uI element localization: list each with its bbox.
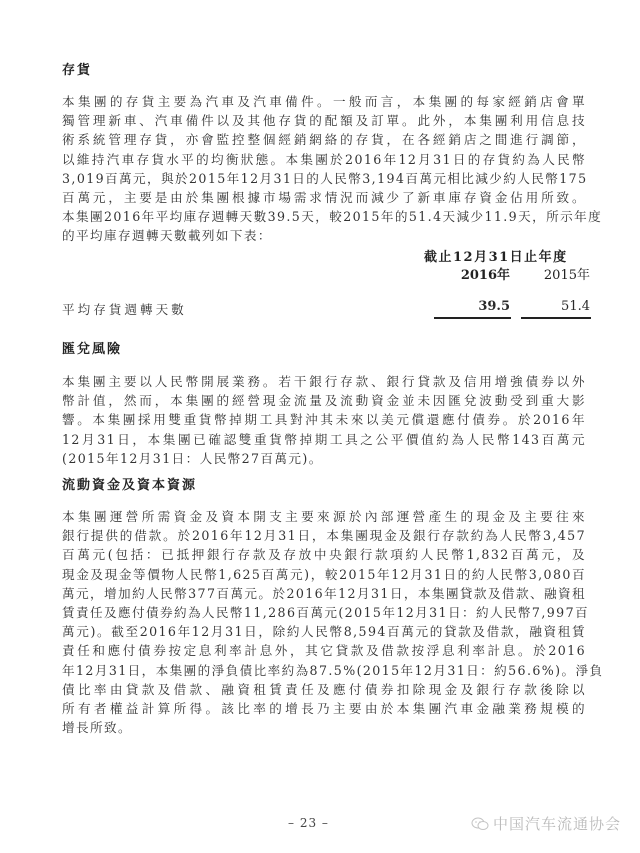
table-period-header: 截止12月31日止年度 bbox=[424, 246, 568, 265]
text-line: 銀行提供的借款。於2016年12月31日，本集團現金及銀行存款約為人民幣3,45… bbox=[62, 526, 586, 545]
paragraph-inventory: 本集團的存貨主要為汽車及汽車備件。一般而言，本集團的每家經銷店會單 獨管理新車、… bbox=[62, 92, 586, 246]
text-line: 年12月31日，本集團的淨負債比率約為87.5%(2015年12月31日：約56… bbox=[62, 661, 586, 680]
text-line: 賃責任及應付債券約為人民幣11,286百萬元(2015年12月31日：約人民幣7… bbox=[62, 603, 586, 622]
text-line: 百萬元，主要是由於集團根據市場需求情況而減少了新車庫存資金佔用所致。 bbox=[62, 188, 586, 207]
text-line: 所有者權益計算所得。該比率的增長乃主要由於本集團汽車金融業務規模的 bbox=[62, 699, 586, 718]
text-line: 債比率由貸款及借款、融資租賃責任及應付債券扣除現金及銀行存款後除以 bbox=[62, 680, 586, 699]
text-line: 現金及現金等價物人民幣1,625百萬元)，較2015年12月31日的約人民幣3,… bbox=[62, 565, 586, 584]
table-column-2016: 2016年 bbox=[440, 264, 510, 283]
text-line: 本集團的存貨主要為汽車及汽車備件。一般而言，本集團的每家經銷店會單 bbox=[62, 92, 586, 111]
text-line: 本集團主要以人民幣開展業務。若干銀行存款、銀行貸款及信用增強債券以外 bbox=[62, 372, 586, 391]
text-line: 12月31日，本集團已確認雙重貨幣掉期工具之公平價值約為人民幣143百萬元 bbox=[62, 430, 586, 449]
watermark-text: 中国汽车流通协会 bbox=[493, 813, 621, 834]
total-underline-2016 bbox=[434, 317, 511, 319]
text-line: 幣計值，然而，本集團的經營現金流量及流動資金並未因匯兌波動受到重大影 bbox=[62, 391, 586, 410]
text-line: 增長所致。 bbox=[62, 718, 586, 737]
table-value-2016: 39.5 bbox=[434, 299, 510, 314]
text-line: 責任和應付債券按定息利率計息外，其它貸款及借款按浮息利率計息。於2016 bbox=[62, 641, 586, 660]
text-line: 百萬元(包括：已抵押銀行存款及存放中央銀行款項約人民幣1,832百萬元，及 bbox=[62, 545, 586, 564]
text-line: 本集團運營所需資金及資本開支主要來源於內部運營產生的現金及主要往來 bbox=[62, 507, 586, 526]
table-row-label: 平均存貨週轉天數 bbox=[62, 299, 187, 318]
watermark: 中国汽车流通协会 bbox=[471, 813, 621, 834]
text-line: 響。本集團採用雙重貨幣掉期工具對沖其未來以美元償還應付債券。於2016年 bbox=[62, 410, 586, 429]
paragraph-liquidity: 本集團運營所需資金及資本開支主要來源於內部運營產生的現金及主要往來 銀行提供的借… bbox=[62, 507, 586, 737]
text-line: 獨管理新車、汽車備件以及其他存貨的配額及訂單。此外，本集團利用信息技 bbox=[62, 111, 586, 130]
text-line: 萬元)。截至2016年12月31日，除約人民幣8,594百萬元的貸款及借款，融資… bbox=[62, 622, 586, 641]
text-line: 萬元，增加約人民幣377百萬元。於2016年12月31日，本集團貸款及借款、融資… bbox=[62, 584, 586, 603]
page-number: – 23 – bbox=[288, 816, 329, 830]
table-column-2015: 2015年 bbox=[528, 264, 590, 283]
section-heading-inventory: 存貨 bbox=[62, 59, 92, 78]
section-heading-liquidity: 流動資金及資本資源 bbox=[62, 474, 197, 493]
section-heading-fx-risk: 匯兌風險 bbox=[62, 338, 122, 357]
text-line: 本集團2016年平均庫存週轉天數39.5天，較2015年的51.4天減少11.9… bbox=[62, 207, 586, 226]
text-line: 的平均庫存週轉天數載列如下表： bbox=[62, 226, 586, 245]
text-line: (2015年12月31日：人民幣27百萬元)。 bbox=[62, 449, 586, 468]
text-line: 以維持汽車存貨水平的均衡狀態。本集團於2016年12月31日的存貨約為人民幣 bbox=[62, 150, 586, 169]
table-value-2015: 51.4 bbox=[520, 299, 590, 314]
text-line: 3,019百萬元，與於2015年12月31日的人民幣3,194百萬元相比減少約人… bbox=[62, 169, 586, 188]
wechat-icon bbox=[471, 817, 489, 831]
total-underline-2015 bbox=[521, 317, 591, 319]
text-line: 術系統管理存貨，亦會監控整個經銷網絡的存貨，在各經銷店之間進行調節， bbox=[62, 130, 586, 149]
paragraph-fx-risk: 本集團主要以人民幣開展業務。若干銀行存款、銀行貸款及信用增強債券以外 幣計值，然… bbox=[62, 372, 586, 468]
